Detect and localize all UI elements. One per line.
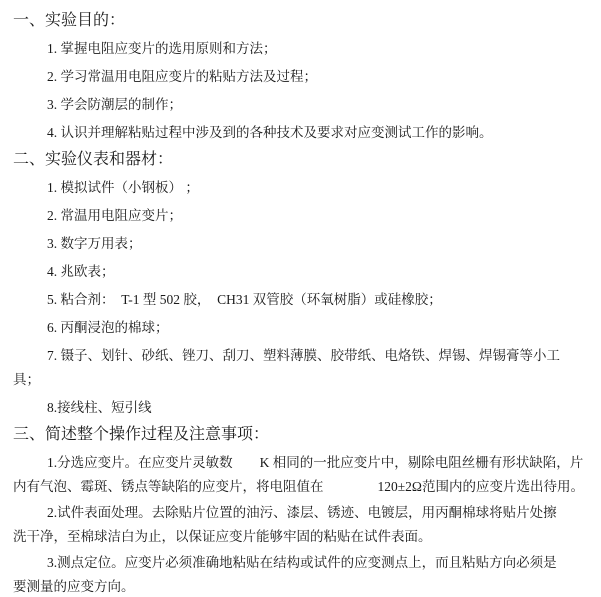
list-item: 3. 数字万用表； bbox=[13, 232, 588, 256]
procedure-paragraph: 3.测点定位。应变片必须准确地粘贴在结构或试件的应变测点上，而且粘贴方向必须是 … bbox=[13, 551, 588, 597]
list-item: 8.接线柱、短引线 bbox=[13, 396, 588, 420]
list-item: 4. 认识并理解粘贴过程中涉及到的各种技术及要求对应变测试工作的影响。 bbox=[13, 121, 588, 145]
paragraph-line: 3.测点定位。应变片必须准确地粘贴在结构或试件的应变测点上，而且粘贴方向必须是 bbox=[13, 551, 588, 575]
section-experiment-purpose: 一、实验目的： 1. 掌握电阻应变片的选用原则和方法； 2. 学习常温用电阻应变… bbox=[13, 10, 588, 145]
list-item-line: 3. 学会防潮层的制作； bbox=[13, 93, 588, 117]
section-1-heading: 一、实验目的： bbox=[13, 10, 588, 32]
list-item-line-continuation: 具； bbox=[13, 368, 588, 392]
list-item-line: 6. 丙酮浸泡的棉球； bbox=[13, 316, 588, 340]
list-item: 1. 掌握电阻应变片的选用原则和方法； bbox=[13, 37, 588, 61]
list-item-line: 2. 学习常温用电阻应变片的粘贴方法及过程； bbox=[13, 65, 588, 89]
list-item-line: 1. 掌握电阻应变片的选用原则和方法； bbox=[13, 37, 588, 61]
document-page: 一、实验目的： 1. 掌握电阻应变片的选用原则和方法； 2. 学习常温用电阻应变… bbox=[0, 0, 601, 597]
paragraph-line-continuation: 要测量的应变方向。 bbox=[13, 575, 588, 597]
list-item: 2. 学习常温用电阻应变片的粘贴方法及过程； bbox=[13, 65, 588, 89]
list-item: 5. 粘合剂： T-1 型 502 胶， CH31 双管胶（环氧树脂）或硅橡胶； bbox=[13, 288, 588, 312]
section-3-heading: 三、简述整个操作过程及注意事项： bbox=[13, 424, 588, 446]
list-item-line: 1. 模拟试件（小钢板） ； bbox=[13, 176, 588, 200]
procedure-paragraph: 1.分选应变片。在应变片灵敏数 K 相同的一批应变片中，剔除电阻丝栅有形状缺陷，… bbox=[13, 451, 588, 499]
list-item: 7. 镊子、划针、砂纸、锉刀、刮刀、塑料薄膜、胶带纸、电烙铁、焊锡、焊锡膏等小工… bbox=[13, 344, 588, 392]
list-item-line: 2. 常温用电阻应变片； bbox=[13, 204, 588, 228]
list-item: 6. 丙酮浸泡的棉球； bbox=[13, 316, 588, 340]
list-item: 4. 兆欧表； bbox=[13, 260, 588, 284]
section-procedure-notes: 三、简述整个操作过程及注意事项： 1.分选应变片。在应变片灵敏数 K 相同的一批… bbox=[13, 424, 588, 597]
list-item-line: 8.接线柱、短引线 bbox=[13, 396, 588, 420]
paragraph-line-continuation: 内有气泡、霉斑、锈点等缺陷的应变片，将电阻值在 120±2Ω范围内的应变片选出待… bbox=[13, 475, 588, 499]
list-item-line: 4. 兆欧表； bbox=[13, 260, 588, 284]
list-item: 3. 学会防潮层的制作； bbox=[13, 93, 588, 117]
list-item-line: 4. 认识并理解粘贴过程中涉及到的各种技术及要求对应变测试工作的影响。 bbox=[13, 121, 588, 145]
list-item-line: 5. 粘合剂： T-1 型 502 胶， CH31 双管胶（环氧树脂）或硅橡胶； bbox=[13, 288, 588, 312]
list-item: 2. 常温用电阻应变片； bbox=[13, 204, 588, 228]
list-item-line: 7. 镊子、划针、砂纸、锉刀、刮刀、塑料薄膜、胶带纸、电烙铁、焊锡、焊锡膏等小工 bbox=[13, 344, 588, 368]
list-item-line: 3. 数字万用表； bbox=[13, 232, 588, 256]
section-2-heading: 二、实验仪表和器材： bbox=[13, 149, 588, 171]
procedure-paragraph: 2.试件表面处理。去除贴片位置的油污、漆层、锈迹、电镀层，用丙酮棉球将贴片处擦 … bbox=[13, 501, 588, 549]
paragraph-line-continuation: 洗干净，至棉球洁白为止，以保证应变片能够牢固的粘贴在试件表面。 bbox=[13, 525, 588, 549]
list-item: 1. 模拟试件（小钢板） ； bbox=[13, 176, 588, 200]
paragraph-line: 2.试件表面处理。去除贴片位置的油污、漆层、锈迹、电镀层，用丙酮棉球将贴片处擦 bbox=[13, 501, 588, 525]
section-instruments-materials: 二、实验仪表和器材： 1. 模拟试件（小钢板） ； 2. 常温用电阻应变片； 3… bbox=[13, 149, 588, 420]
paragraph-line: 1.分选应变片。在应变片灵敏数 K 相同的一批应变片中，剔除电阻丝栅有形状缺陷，… bbox=[13, 451, 588, 475]
